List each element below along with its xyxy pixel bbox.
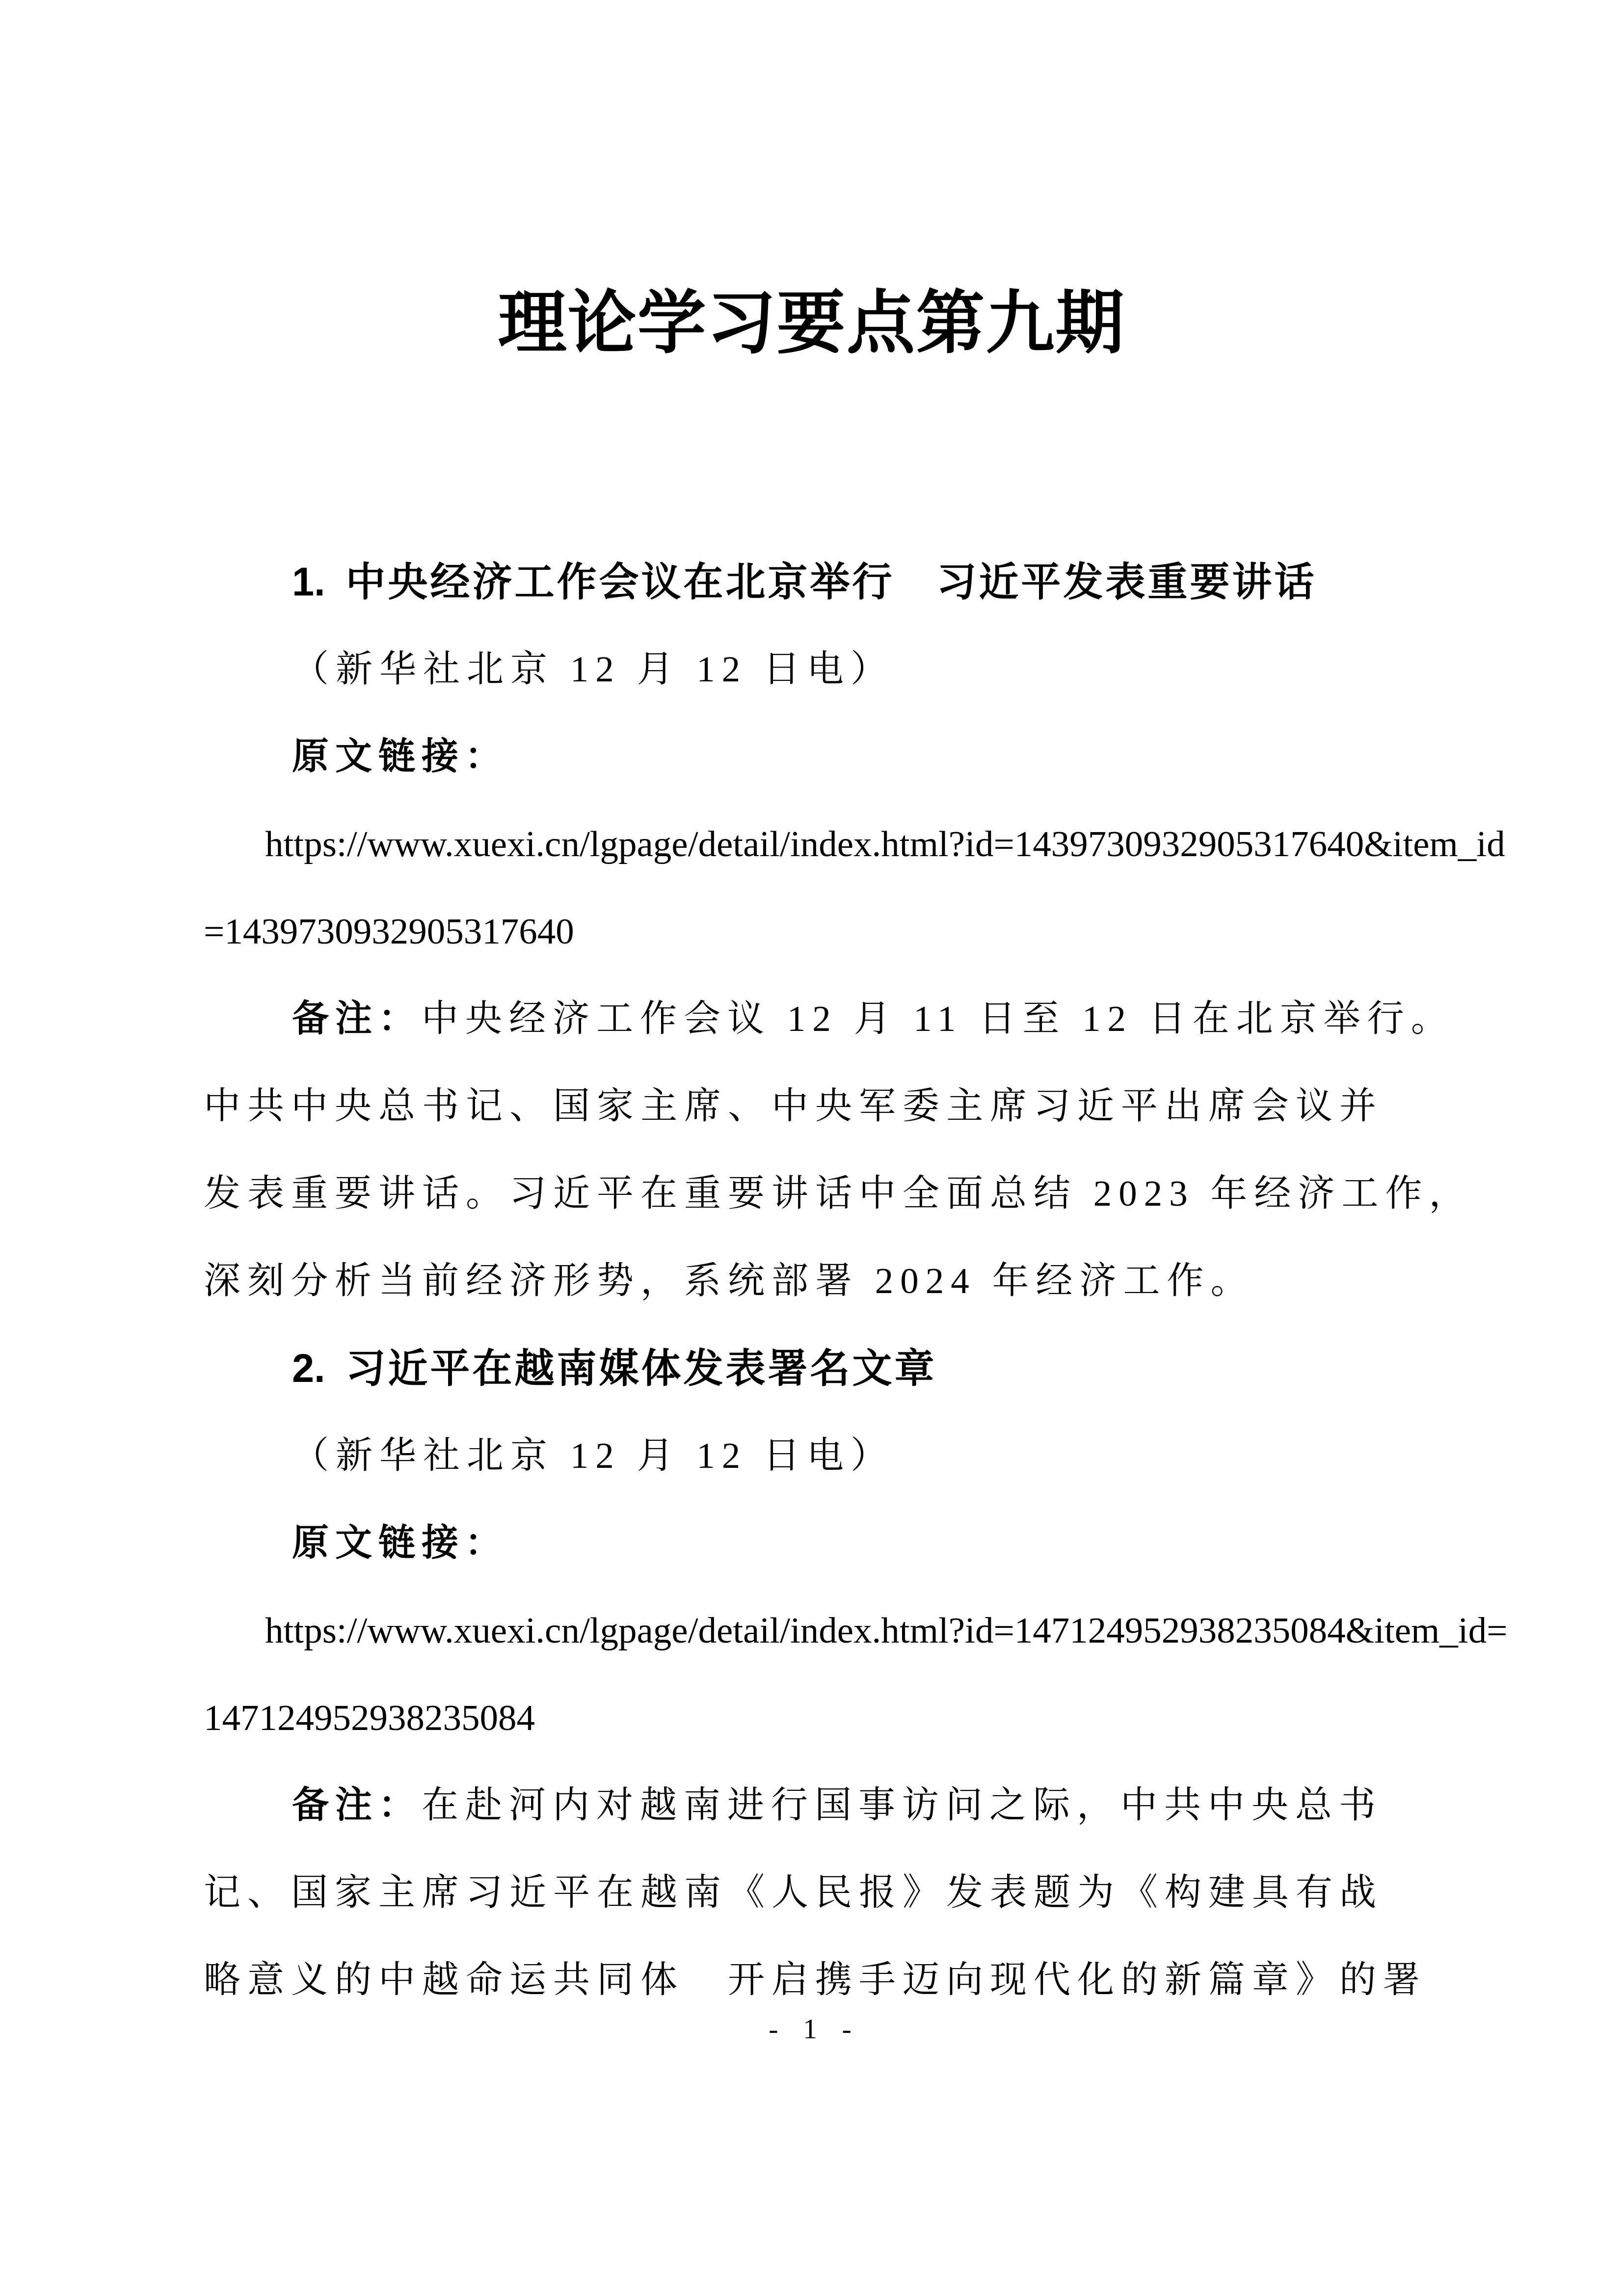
document-body: 1.中央经济工作会议在北京举行 习近平发表重要讲话 （新华社北京 12 月 12… <box>204 539 1431 2024</box>
section-1-note-line-3: 发表重要讲话。习近平在重要讲话中全面总结 2023 年经济工作， <box>204 1150 1431 1238</box>
section-2-note-label: 备注： <box>292 1785 422 1826</box>
section-2-note-line-2: 记、国家主席习近平在越南《人民报》发表题为《构建具有战 <box>204 1849 1431 1937</box>
section-2-dateline: （新华社北京 12 月 12 日电） <box>204 1412 1431 1500</box>
section-1-note-line-1: 备注：中央经济工作会议 12 月 11 日至 12 日在北京举行。 <box>204 975 1431 1063</box>
section-2-note-text-1: 在赴河内对越南进行国事访问之际，中共中央总书 <box>422 1785 1383 1826</box>
document-page: 理论学习要点第九期 1.中央经济工作会议在北京举行 习近平发表重要讲话 （新华社… <box>0 0 1623 2296</box>
section-1-number: 1. <box>292 560 325 604</box>
section-1-heading-text: 中央经济工作会议在北京举行 习近平发表重要讲话 <box>346 560 1317 604</box>
section-2-heading-text: 习近平在越南媒体发表署名文章 <box>346 1347 937 1391</box>
section-1-note-text-1: 中央经济工作会议 12 月 11 日至 12 日在北京举行。 <box>422 999 1455 1039</box>
page-number: - 1 - <box>0 2003 1623 2054</box>
section-1-link-label: 原文链接： <box>204 713 1431 801</box>
section-2-note-line-1: 备注：在赴河内对越南进行国事访问之际，中共中央总书 <box>204 1762 1431 1849</box>
section-1-heading: 1.中央经济工作会议在北京举行 习近平发表重要讲话 <box>204 539 1431 626</box>
section-1-url-line-2: =1439730932905317640 <box>204 888 1431 975</box>
section-1-note-line-2: 中共中央总书记、国家主席、中央军委主席习近平出席会议并 <box>204 1063 1431 1150</box>
section-1-url-line-1: https://www.xuexi.cn/lgpage/detail/index… <box>204 801 1431 888</box>
section-2-heading: 2.习近平在越南媒体发表署名文章 <box>204 1325 1431 1412</box>
section-1-note-line-4: 深刻分析当前经济形势，系统部署 2024 年经济工作。 <box>204 1238 1431 1325</box>
document-title: 理论学习要点第九期 <box>0 272 1623 376</box>
section-1-note-label: 备注： <box>292 999 422 1039</box>
section-1-dateline: （新华社北京 12 月 12 日电） <box>204 626 1431 713</box>
section-2-link-label: 原文链接： <box>204 1500 1431 1587</box>
section-2-url-line-1: https://www.xuexi.cn/lgpage/detail/index… <box>204 1587 1431 1675</box>
section-2-number: 2. <box>292 1347 325 1391</box>
section-2-url-line-2: 147124952938235084 <box>204 1675 1431 1762</box>
